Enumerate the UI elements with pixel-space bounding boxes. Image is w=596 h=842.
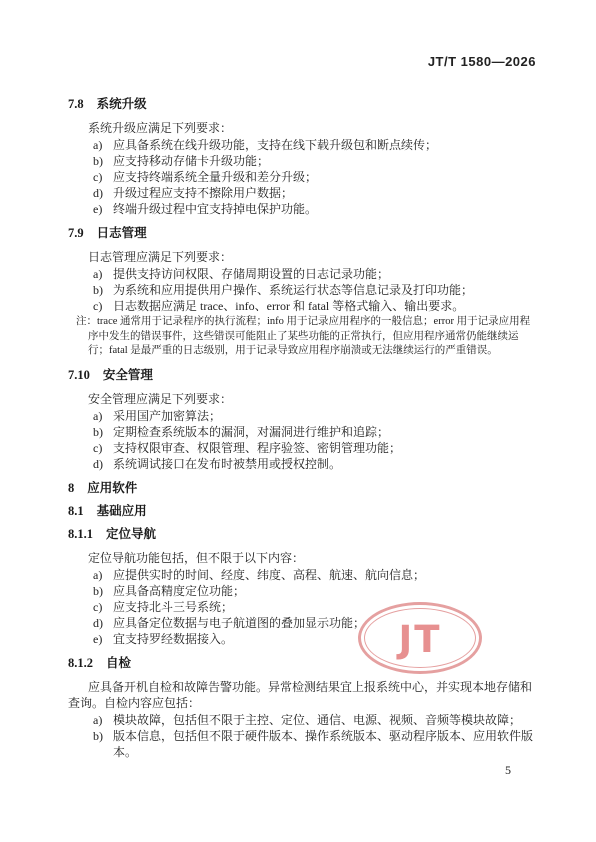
list-item: d) 升级过程应支持不擦除用户数据；: [68, 185, 536, 201]
list-item-label: a): [93, 137, 113, 153]
list-item: b) 为系统和应用提供用户操作、系统运行状态等信息记录及打印功能；: [68, 282, 536, 298]
section-number: 8.1.1: [68, 527, 93, 541]
list-item-text: 采用国产加密算法；: [113, 408, 536, 424]
note-text: trace 通常用于记录程序的执行流程；info 用于记录应用程序的一般信息；e…: [88, 316, 530, 356]
section-intro: 定位导航功能包括，但不限于以下内容：: [68, 550, 536, 566]
list-item: e) 终端升级过程中宜支持掉电保护功能。: [68, 201, 536, 217]
list-item-label: a): [93, 712, 113, 728]
section-number: 8.1: [68, 504, 84, 518]
list-item: a) 采用国产加密算法；: [68, 408, 536, 424]
list-item-label: e): [93, 201, 113, 217]
list-item-text: 提供支持访问权限、存储周期设置的日志记录功能；: [113, 266, 536, 282]
list-item-text: 支持权限审查、权限管理、程序验签、密钥管理功能；: [113, 440, 536, 456]
section-number: 8: [68, 481, 74, 495]
list-item-text: 应具备定位数据与电子航道图的叠加显示功能；: [113, 615, 536, 631]
list-item-label: c): [93, 169, 113, 185]
note-label: 注：: [76, 316, 97, 327]
list-item-text: 终端升级过程中宜支持掉电保护功能。: [113, 201, 536, 217]
list-item-label: d): [93, 456, 113, 472]
list-item: a) 提供支持访问权限、存储周期设置的日志记录功能；: [68, 266, 536, 282]
list-item: c) 支持权限审查、权限管理、程序验签、密钥管理功能；: [68, 440, 536, 456]
section-title: 安全管理: [103, 368, 153, 382]
section-heading-8-1-2: 8.1.2 自检: [68, 656, 536, 670]
list-item-text: 应支持终端系统全量升级和差分升级；: [113, 169, 536, 185]
section-number: 7.9: [68, 226, 84, 240]
list-item: b) 应具备高精度定位功能；: [68, 583, 536, 599]
list-item-label: e): [93, 631, 113, 647]
list-item-text: 日志数据应满足 trace、info、error 和 fatal 等格式输入、输…: [113, 298, 536, 314]
list-item: a) 应具备系统在线升级功能，支持在线下载升级包和断点续传；: [68, 137, 536, 153]
section-heading-8-1-1: 8.1.1 定位导航: [68, 527, 536, 541]
list-item-text: 定期检查系统版本的漏洞，对漏洞进行维护和追踪；: [113, 424, 536, 440]
section-title: 自检: [106, 656, 131, 670]
section-intro: 日志管理应满足下列要求：: [68, 249, 536, 265]
list-item-text: 应具备系统在线升级功能，支持在线下载升级包和断点续传；: [113, 137, 536, 153]
list-item-label: b): [93, 583, 113, 599]
list-item-label: c): [93, 298, 113, 314]
list-item-text: 系统调试接口在发布时被禁用或授权控制。: [113, 456, 536, 472]
document-page: JT/T 1580—2026 7.8 系统升级 系统升级应满足下列要求： a) …: [0, 0, 596, 842]
list-item: c) 日志数据应满足 trace、info、error 和 fatal 等格式输…: [68, 298, 536, 314]
section-heading-7-8: 7.8 系统升级: [68, 97, 536, 111]
list-item: b) 定期检查系统版本的漏洞，对漏洞进行维护和追踪；: [68, 424, 536, 440]
list-item-label: a): [93, 567, 113, 583]
section-title: 定位导航: [106, 527, 156, 541]
list-item-text: 升级过程应支持不擦除用户数据；: [113, 185, 536, 201]
section-heading-7-10: 7.10 安全管理: [68, 368, 536, 382]
list-item: c) 应支持北斗三号系统；: [68, 599, 536, 615]
section-intro: 安全管理应满足下列要求：: [68, 391, 536, 407]
list-item-text: 版本信息，包括但不限于硬件版本、操作系统版本、驱动程序版本、应用软件版本。: [113, 728, 536, 760]
list-item: b) 版本信息，包括但不限于硬件版本、操作系统版本、驱动程序版本、应用软件版本。: [68, 728, 536, 760]
list-item-label: b): [93, 424, 113, 440]
chapter-heading-8: 8 应用软件: [68, 481, 536, 495]
list-item: d) 应具备定位数据与电子航道图的叠加显示功能；: [68, 615, 536, 631]
list-item-text: 为系统和应用提供用户操作、系统运行状态等信息记录及打印功能；: [113, 282, 536, 298]
list-item: a) 应提供实时的时间、经度、纬度、高程、航速、航向信息；: [68, 567, 536, 583]
list-item: e) 宜支持罗经数据接入。: [68, 631, 536, 647]
list-item: d) 系统调试接口在发布时被禁用或授权控制。: [68, 456, 536, 472]
list-item-text: 应支持北斗三号系统；: [113, 599, 536, 615]
list-item-text: 宜支持罗经数据接入。: [113, 631, 536, 647]
list-item-label: b): [93, 728, 113, 760]
section-number: 7.8: [68, 97, 84, 111]
list-item-text: 应提供实时的时间、经度、纬度、高程、航速、航向信息；: [113, 567, 536, 583]
section-number: 7.10: [68, 368, 90, 382]
list-item-label: a): [93, 266, 113, 282]
list-item-label: c): [93, 440, 113, 456]
list-item-label: c): [93, 599, 113, 615]
section-title: 应用软件: [87, 481, 137, 495]
list-item-text: 应具备高精度定位功能；: [113, 583, 536, 599]
list-item: b) 应支持移动存储卡升级功能；: [68, 153, 536, 169]
list-item-label: b): [93, 282, 113, 298]
list-item-text: 模块故障，包括但不限于主控、定位、通信、电源、视频、音频等模块故障；: [113, 712, 536, 728]
list-item: c) 应支持终端系统全量升级和差分升级；: [68, 169, 536, 185]
section-heading-8-1: 8.1 基础应用: [68, 504, 536, 518]
list-item-label: d): [93, 615, 113, 631]
list-item-label: d): [93, 185, 113, 201]
section-heading-7-9: 7.9 日志管理: [68, 226, 536, 240]
page-number: 5: [505, 763, 511, 778]
list-item-text: 应支持移动存储卡升级功能；: [113, 153, 536, 169]
list-item-label: b): [93, 153, 113, 169]
section-note: 注：trace 通常用于记录程序的执行流程；info 用于记录应用程序的一般信息…: [76, 315, 536, 359]
standard-code-header: JT/T 1580—2026: [68, 55, 536, 69]
section-title: 系统升级: [97, 97, 147, 111]
list-item-label: a): [93, 408, 113, 424]
list-item: a) 模块故障，包括但不限于主控、定位、通信、电源、视频、音频等模块故障；: [68, 712, 536, 728]
section-title: 日志管理: [97, 226, 147, 240]
section-number: 8.1.2: [68, 656, 93, 670]
section-intro: 应具备开机自检和故障告警功能。异常检测结果宜上报系统中心，并实现本地存储和查询。…: [68, 679, 536, 711]
section-title: 基础应用: [97, 504, 147, 518]
section-intro: 系统升级应满足下列要求：: [68, 120, 536, 136]
